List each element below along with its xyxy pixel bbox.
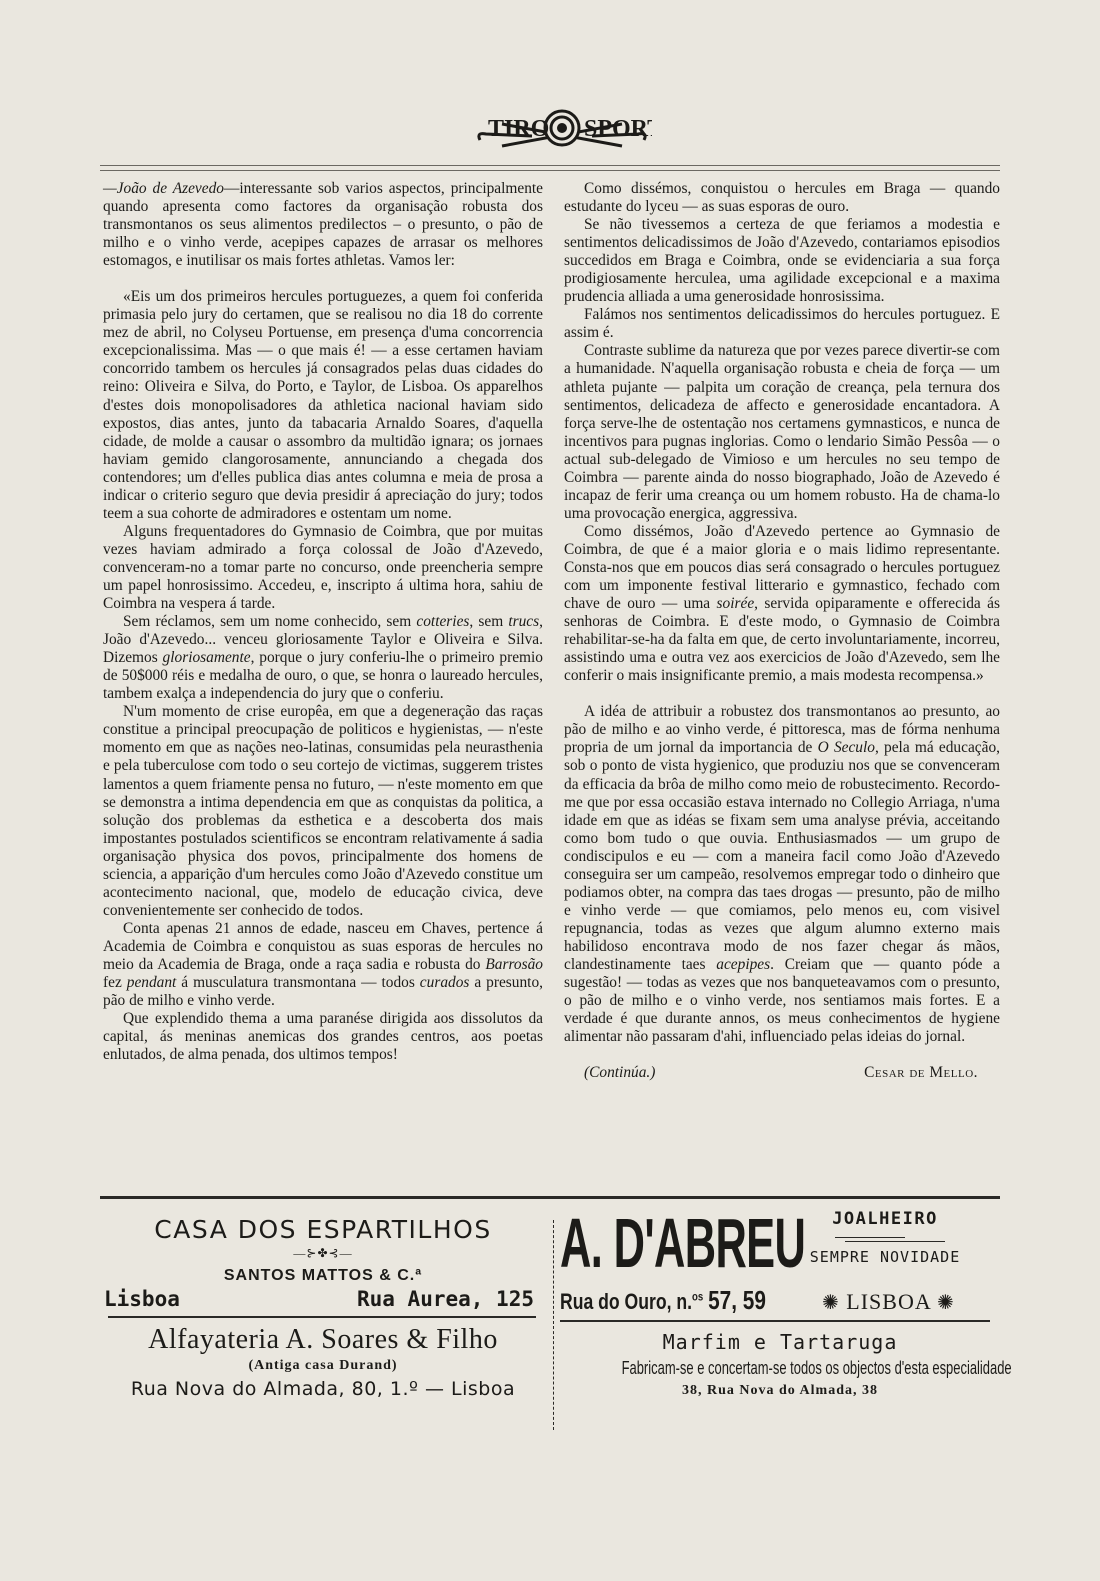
article-right-column: Como dissémos, conquistou o hercules em … [564,180,1000,1082]
author-signature: Cesar de Mello. [864,1064,978,1082]
continua-note: (Continúa.) [584,1064,655,1082]
advertisements-top-rule [100,1196,1000,1199]
article-paragraph: A idéa de attribuir a robustez dos trans… [564,703,1000,1046]
ad-address-row: Lisboa Rua Aurea, 125 [100,1286,546,1312]
decorative-lines [835,1237,935,1242]
svg-text:SPORT: SPORT [584,116,652,142]
svg-text:TIRO: TIRO [488,116,549,142]
ad-casa-dos-espartilhos: CASA DOS ESPARTILHOS —⊱✤⊰— SANTOS MATTOS… [100,1215,546,1312]
article-paragraph: «Eis um dos primeiros hercules portuguez… [103,288,543,523]
article-left-column: —João de Azevedo—interessante sob varios… [103,180,543,1064]
target-rifles-emblem-icon: TIRO & SPORT TIRO SPORT [472,102,652,152]
ad-title: CASA DOS ESPARTILHOS [100,1215,546,1244]
ad-brand-name: A. D'ABREU [560,1207,684,1279]
magazine-page: TIRO & SPORT TIRO SPORT —João de Azevedo… [0,0,1100,1581]
ad-city: ✺ LISBOA ✺ [822,1289,955,1315]
ad-tagline: Fabricam-se e concertam-se todos os obje… [622,1358,939,1379]
article-paragraph: Conta apenas 21 annos de edade, nasceu e… [103,920,543,1010]
article-paragraph: Como dissémos, conquistou o hercules em … [564,180,1000,216]
ad-subtitle: (Antiga casa Durand) [100,1358,546,1374]
ad-separator-rule [560,1320,990,1322]
ad-separator-rule [108,1316,536,1318]
article-paragraph: Como dissémos, João d'Azevedo pertence a… [564,523,1000,685]
article-paragraph: Se não tivessemos a certeza de que feria… [564,216,1000,306]
ornament-icon: —⊱✤⊰— [100,1246,546,1261]
spacer [564,685,1000,703]
star-ornament-icon: ✺ [822,1292,840,1314]
subject-name: —João de Azevedo [103,180,224,197]
masthead-logo: TIRO & SPORT TIRO SPORT [472,102,652,152]
header-double-rule [100,165,1000,171]
ad-firm-name: SANTOS MATTOS & C.ª [100,1267,546,1285]
advertisements-column-divider [553,1220,555,1430]
ad-address: 38, Rua Nova do Almada, 38 [560,1383,1000,1399]
advertisements-left: CASA DOS ESPARTILHOS —⊱✤⊰— SANTOS MATTOS… [100,1205,546,1400]
ad-street: Rua do Ouro, n.os 57, 59 [560,1285,752,1316]
ad-title: Alfayateria A. Soares & Filho [100,1324,546,1356]
ad-city: Lisboa [104,1286,180,1312]
ad-address: Rua Nova do Almada, 80, 1.º — Lisboa [100,1378,546,1400]
spacer [103,270,543,288]
article-paragraph: Falámos nos sentimentos delicadissimos d… [564,306,1000,342]
article-paragraph: Sem réclamos, sem um nome conhecido, sem… [103,613,543,703]
ad-street: Rua Aurea, 125 [357,1286,534,1312]
article-paragraph: N'um momento de crise europêa, em que a … [103,703,543,920]
article-paragraph: Alguns frequentadores do Gymnasio de Coi… [103,523,543,613]
ad-a-dabreu: A. D'ABREU JOALHEIRO SEMPRE NOVIDADE Rua… [560,1205,1000,1399]
ad-alfayateria: Alfayateria A. Soares & Filho (Antiga ca… [100,1324,546,1400]
ad-specialty: Marfim e Tartaruga [560,1330,1000,1354]
article-paragraph: Que explendido thema a uma paranése diri… [103,1010,543,1064]
article-lead-paragraph: —João de Azevedo—interessante sob varios… [103,180,543,270]
article-signature-row: (Continúa.) Cesar de Mello. [564,1064,1000,1082]
article-paragraph: Contraste sublime da natureza que por ve… [564,342,1000,522]
ad-address-row: Rua do Ouro, n.os 57, 59 ✺ LISBOA ✺ [560,1285,1000,1316]
ad-header: A. D'ABREU JOALHEIRO SEMPRE NOVIDADE [560,1205,1000,1279]
star-ornament-icon: ✺ [937,1292,955,1314]
